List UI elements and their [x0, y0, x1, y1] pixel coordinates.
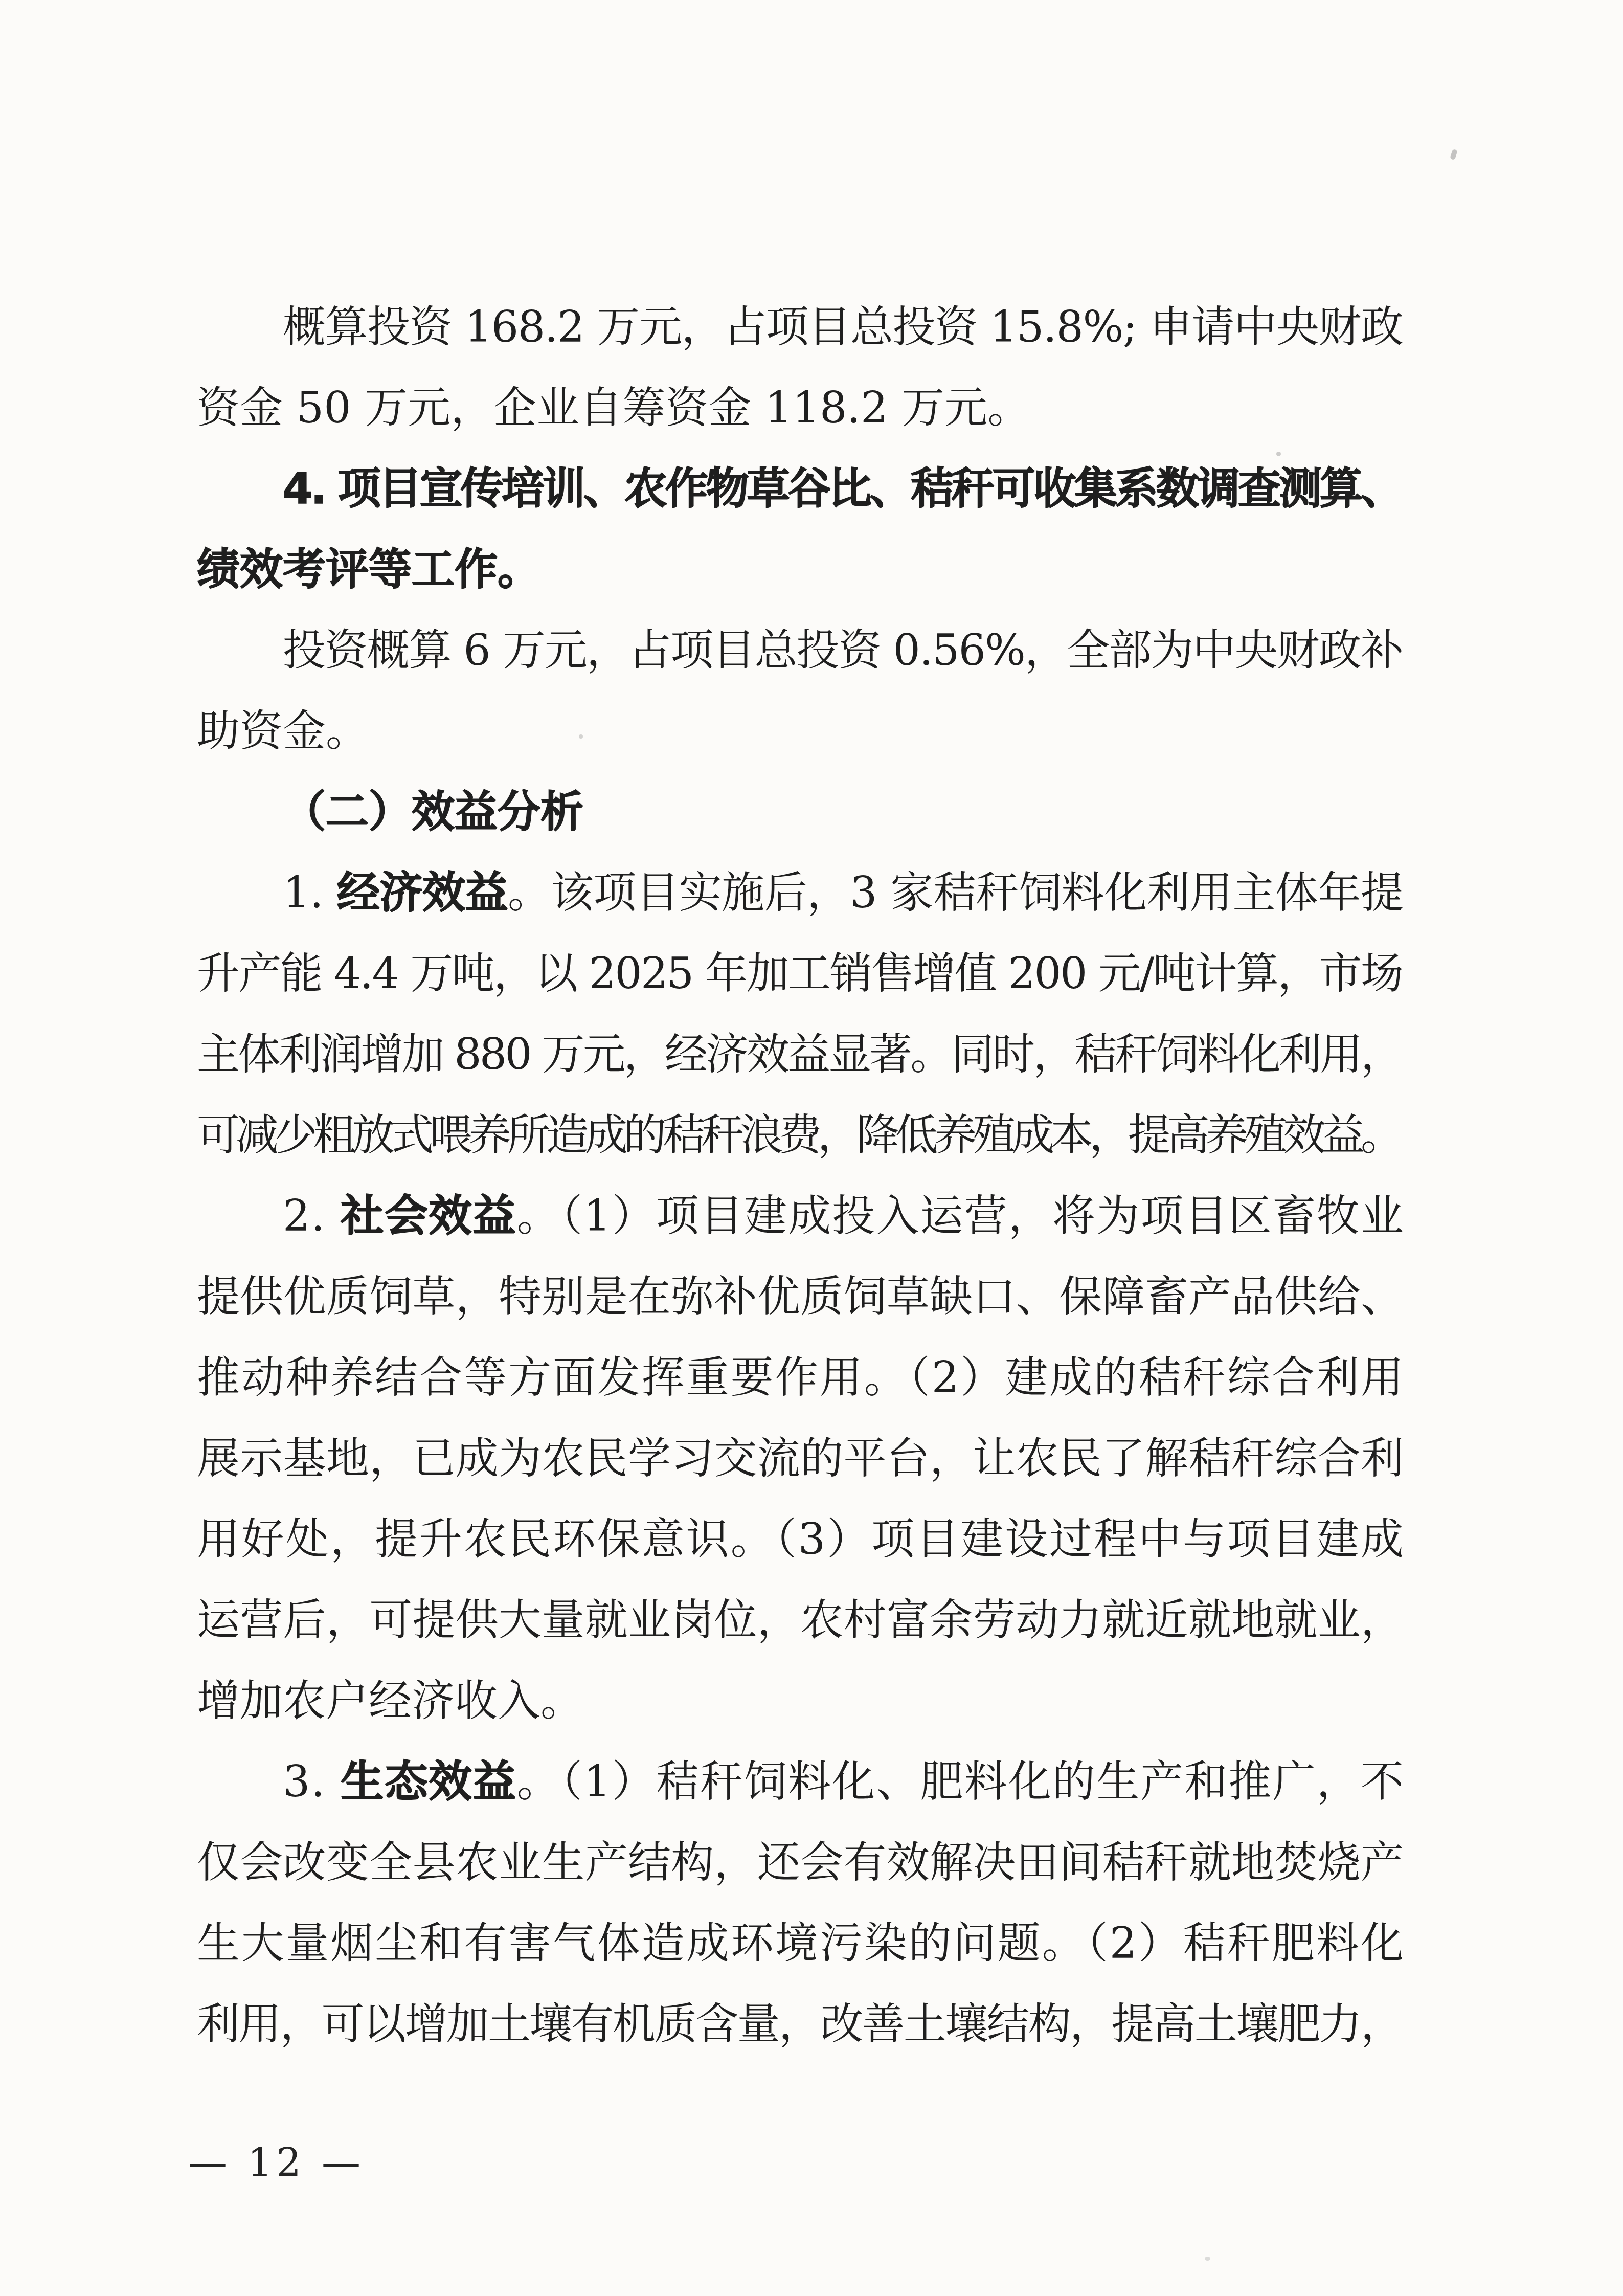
text-run: 运营后，可提供大量就业岗位，农村富余劳动力就近就地就业，	[197, 1595, 1404, 1645]
text-run: 利用，可以增加土壤有机质含量，改善土壤结构，提高土壤肥力，	[197, 1999, 1402, 2049]
text-line-content: 投资概算 6 万元，占项目总投资 0.56%，全部为中央财政补	[283, 610, 1403, 690]
bold-text-run: 绩效考评等工作。	[197, 544, 540, 594]
text-line-content: 2. 社会效益。（1）项目建成投入运营，将为项目区畜牧业	[283, 1175, 1405, 1256]
text-line-content: 展示基地，已成为农民学习交流的平台，让农民了解秸秆综合利	[197, 1418, 1404, 1499]
text-line-content: 绩效考评等工作。	[197, 529, 540, 610]
text-line: 资金 50 万元，企业自筹资金 118.2 万元。	[197, 367, 1404, 448]
text-line-content: 资金 50 万元，企业自筹资金 118.2 万元。	[197, 367, 1030, 448]
text-run: 主体利润增加 880 万元，经济效益显著。同时，秸秆饲料化利用，	[197, 1029, 1402, 1079]
text-run: 展示基地，已成为农民学习交流的平台，让农民了解秸秆综合利	[197, 1433, 1404, 1483]
text-line: 1. 经济效益。该项目实施后，3 家秸秆饲料化利用主体年提	[197, 852, 1404, 933]
page-number: — 12 —	[188, 2139, 365, 2185]
text-line: 绩效考评等工作。	[197, 529, 1404, 610]
bold-text-run: 经济效益	[337, 867, 508, 918]
text-line-content: 利用，可以增加土壤有机质含量，改善土壤结构，提高土壤肥力，	[197, 1983, 1402, 2064]
text-line-content: 运营后，可提供大量就业岗位，农村富余劳动力就近就地就业，	[197, 1579, 1404, 1660]
text-run: 生大量烟尘和有害气体造成环境污染的问题。（2）秸秆肥料化	[197, 1918, 1405, 1968]
text-run: 仅会改变全县农业生产结构，还会有效解决田间秸秆就地焚烧产	[197, 1837, 1404, 1887]
scan-artifact	[1276, 452, 1281, 456]
text-line-content: 仅会改变全县农业生产结构，还会有效解决田间秸秆就地焚烧产	[197, 1822, 1404, 1903]
text-run: 投资概算 6 万元，占项目总投资 0.56%，全部为中央财政补	[283, 625, 1403, 675]
text-line-content: 可减少粗放式喂养所造成的秸秆浪费，降低养殖成本，提高养殖效益。	[197, 1095, 1400, 1175]
scan-artifact	[579, 734, 583, 739]
text-line-content: 生大量烟尘和有害气体造成环境污染的问题。（2）秸秆肥料化	[197, 1903, 1405, 1983]
bold-text-run: 4. 项目宣传培训、农作物草谷比、秸秆可收集系数调查测算、	[283, 463, 1402, 514]
bold-text-run: （二）效益分析	[283, 787, 583, 837]
text-line: 主体利润增加 880 万元，经济效益显著。同时，秸秆饲料化利用，	[197, 1014, 1404, 1095]
text-line-content: 推动种养结合等方面发挥重要作用。（2）建成的秸秆综合利用	[197, 1337, 1405, 1418]
text-run: 2.	[283, 1191, 341, 1241]
page-footer: — 12 —	[188, 2132, 365, 2193]
text-line-content: 增加农户经济收入。	[197, 1660, 583, 1741]
text-line: 可减少粗放式喂养所造成的秸秆浪费，降低养殖成本，提高养殖效益。	[197, 1095, 1404, 1175]
text-line: 2. 社会效益。（1）项目建成投入运营，将为项目区畜牧业	[197, 1175, 1404, 1256]
text-run: 。（1）秸秆饲料化、肥料化的生产和推广，不	[517, 1756, 1405, 1807]
bold-text-run: 社会效益	[341, 1191, 517, 1241]
text-line: 助资金。	[197, 690, 1404, 771]
text-line-content: 概算投资 168.2 万元，占项目总投资 15.8%; 申请中央财政	[283, 286, 1403, 367]
text-run: 可减少粗放式喂养所造成的秸秆浪费，降低养殖成本，提高养殖效益。	[197, 1110, 1400, 1160]
text-line: 用好处，提升农民环保意识。（3）项目建设过程中与项目建成	[197, 1499, 1404, 1579]
text-run: 用好处，提升农民环保意识。（3）项目建设过程中与项目建成	[197, 1514, 1405, 1564]
text-line: 增加农户经济收入。	[197, 1660, 1404, 1741]
text-run: 。（1）项目建成投入运营，将为项目区畜牧业	[517, 1191, 1405, 1241]
text-run: 1.	[283, 867, 337, 918]
text-line-content: 提供优质饲草，特别是在弥补优质饲草缺口、保障畜产品供给、	[197, 1256, 1404, 1337]
text-run: 推动种养结合等方面发挥重要作用。（2）建成的秸秆综合利用	[197, 1352, 1405, 1402]
body-text: 概算投资 168.2 万元，占项目总投资 15.8%; 申请中央财政资金 50 …	[197, 286, 1404, 2064]
bold-text-run: 生态效益	[341, 1756, 517, 1807]
text-line: 推动种养结合等方面发挥重要作用。（2）建成的秸秆综合利用	[197, 1337, 1404, 1418]
document-page: 概算投资 168.2 万元，占项目总投资 15.8%; 申请中央财政资金 50 …	[0, 0, 1623, 2296]
text-run: 概算投资 168.2 万元，占项目总投资 15.8%; 申请中央财政	[283, 302, 1403, 352]
text-line: 利用，可以增加土壤有机质含量，改善土壤结构，提高土壤肥力，	[197, 1983, 1404, 2064]
text-line-content: 升产能 4.4 万吨，以 2025 年加工销售增值 200 元/吨计算，市场	[197, 933, 1402, 1014]
text-line: 4. 项目宣传培训、农作物草谷比、秸秆可收集系数调查测算、	[197, 448, 1404, 529]
text-line-content: 主体利润增加 880 万元，经济效益显著。同时，秸秆饲料化利用，	[197, 1014, 1402, 1095]
text-line: 概算投资 168.2 万元，占项目总投资 15.8%; 申请中央财政	[197, 286, 1404, 367]
text-line: 3. 生态效益。（1）秸秆饲料化、肥料化的生产和推广，不	[197, 1741, 1404, 1822]
scan-artifact	[1450, 149, 1458, 160]
scan-artifact	[1205, 2257, 1210, 2261]
text-line-content: 3. 生态效益。（1）秸秆饲料化、肥料化的生产和推广，不	[283, 1741, 1405, 1822]
text-line-content: （二）效益分析	[283, 771, 583, 852]
text-line-content: 助资金。	[197, 690, 369, 771]
text-run: 资金 50 万元，企业自筹资金 118.2 万元。	[197, 383, 1030, 433]
text-run: 助资金。	[197, 706, 369, 756]
text-line: 仅会改变全县农业生产结构，还会有效解决田间秸秆就地焚烧产	[197, 1822, 1404, 1903]
text-run: 。该项目实施后，3 家秸秆饲料化利用主体年提	[508, 867, 1403, 918]
text-line-content: 4. 项目宣传培训、农作物草谷比、秸秆可收集系数调查测算、	[283, 448, 1402, 529]
text-line: 生大量烟尘和有害气体造成环境污染的问题。（2）秸秆肥料化	[197, 1903, 1404, 1983]
text-line: 投资概算 6 万元，占项目总投资 0.56%，全部为中央财政补	[197, 610, 1404, 690]
text-run: 升产能 4.4 万吨，以 2025 年加工销售增值 200 元/吨计算，市场	[197, 948, 1402, 998]
text-run: 3.	[283, 1756, 341, 1807]
text-line-content: 用好处，提升农民环保意识。（3）项目建设过程中与项目建成	[197, 1499, 1405, 1579]
text-run: 提供优质饲草，特别是在弥补优质饲草缺口、保障畜产品供给、	[197, 1272, 1404, 1322]
text-line: 运营后，可提供大量就业岗位，农村富余劳动力就近就地就业，	[197, 1579, 1404, 1660]
text-line-content: 1. 经济效益。该项目实施后，3 家秸秆饲料化利用主体年提	[283, 852, 1404, 933]
text-line: 展示基地，已成为农民学习交流的平台，让农民了解秸秆综合利	[197, 1418, 1404, 1499]
text-run: 增加农户经济收入。	[197, 1676, 583, 1726]
text-line: 升产能 4.4 万吨，以 2025 年加工销售增值 200 元/吨计算，市场	[197, 933, 1404, 1014]
text-line: （二）效益分析	[197, 771, 1404, 852]
text-line: 提供优质饲草，特别是在弥补优质饲草缺口、保障畜产品供给、	[197, 1256, 1404, 1337]
